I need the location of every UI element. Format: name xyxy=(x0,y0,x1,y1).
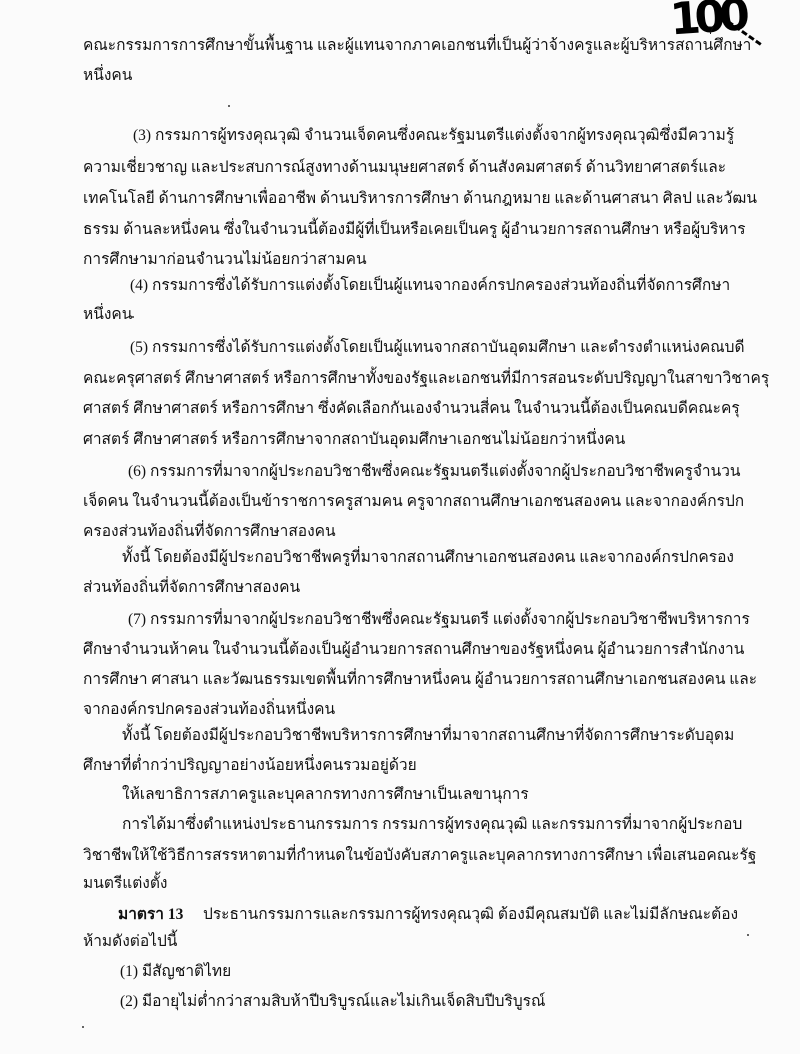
text-line: การศึกษามาก่อนจำนวนไม่น้อยกว่าสามคน xyxy=(83,250,713,270)
text-line: ส่วนท้องถิ่นที่จัดการศึกษาสองคน xyxy=(83,578,713,598)
text-line: เจ็ดคน ในจำนวนนี้ต้องเป็นข้าราชการครูสาม… xyxy=(83,492,713,512)
paragraph-6-start: (6) กรรมการที่มาจากผู้ประกอบวิชาชีพซึ่งค… xyxy=(128,462,713,482)
paragraph-proviso-2: ทั้งนี้ โดยต้องมีผู้ประกอบวิชาชีพบริหารก… xyxy=(122,726,713,746)
text-line: มนตรีแต่งตั้ง xyxy=(83,874,713,894)
paragraph-4-start: (4) กรรมการซึ่งได้รับการแต่งตั้งโดยเป็นผ… xyxy=(130,276,713,296)
scan-speck xyxy=(747,934,749,936)
scan-speck xyxy=(228,105,230,107)
document-page: 100 7 คณะกรรมการการศึกษาขั้นพื้นฐาน และผ… xyxy=(0,0,800,1054)
text-line: จากองค์กรปกครองส่วนท้องถิ่นหนึ่งคน xyxy=(83,700,713,720)
text-line: เทคโนโลยี ด้านการศึกษาเพื่ออาชีพ ด้านบริ… xyxy=(83,189,713,209)
text-line: ห้ามดังต่อไปนี้ xyxy=(83,932,713,952)
text-line: การศึกษา ศาสนา และวัฒนธรรมเขตพื้นที่การศ… xyxy=(83,670,713,690)
qualification-item-1: (1) มีสัญชาติไทย xyxy=(120,962,713,982)
text-line: ศาสตร์ ศึกษาศาสตร์ หรือการศึกษาจากสถาบัน… xyxy=(83,430,713,450)
paragraph-proviso-1: ทั้งนี้ โดยต้องมีผู้ประกอบวิชาชีพครูที่ม… xyxy=(122,548,713,568)
text-line: ศาสตร์ ศึกษาศาสตร์ หรือการศึกษา ซึ่งคัดเ… xyxy=(83,399,713,419)
section-13-text: ประธานกรรมการและกรรมการผู้ทรงคุณวุฒิ ต้อ… xyxy=(203,905,713,925)
scan-speck xyxy=(82,1026,84,1028)
scan-speck xyxy=(132,316,134,318)
section-number: มาตรา 13 xyxy=(118,906,183,923)
paragraph-5-start: (5) กรรมการซึ่งได้รับการแต่งตั้งโดยเป็นผ… xyxy=(130,338,713,358)
text-line: หนึ่งคน xyxy=(83,305,713,325)
section-heading: มาตรา 13 xyxy=(118,905,198,925)
text-line: ครองส่วนท้องถิ่นที่จัดการศึกษาสองคน xyxy=(83,522,713,542)
paragraph-secretary: ให้เลขาธิการสภาครูและบุคลากรทางการศึกษาเ… xyxy=(122,785,715,805)
text-line: ศึกษาจำนวนห้าคน ในจำนวนนี้ต้องเป็นผู้อำน… xyxy=(83,640,713,660)
qualification-item-2: (2) มีอายุไม่ต่ำกว่าสามสิบห้าปีบริบูรณ์แ… xyxy=(120,992,713,1012)
text-line: คณะครุศาสตร์ ศึกษาศาสตร์ หรือการศึกษาทั้… xyxy=(83,369,713,389)
text-line: วิชาชีพให้ใช้วิธีการสรรหาตามที่กำหนดในข้… xyxy=(83,846,713,866)
text-line: คณะกรรมการการศึกษาขั้นพื้นฐาน และผู้แทนจ… xyxy=(83,36,713,56)
paragraph-7-start: (7) กรรมการที่มาจากผู้ประกอบวิชาชีพซึ่งค… xyxy=(128,610,713,630)
text-line: ธรรม ด้านละหนึ่งคน ซึ่งในจำนวนนี้ต้องมีผ… xyxy=(83,220,713,240)
text-line: ความเชี่ยวชาญ และประสบการณ์สูงทางด้านมนุ… xyxy=(83,158,713,178)
text-line: ศึกษาที่ต่ำกว่าปริญญาอย่างน้อยหนึ่งคนรวม… xyxy=(83,756,713,776)
text-line: หนึ่งคน xyxy=(83,66,713,86)
paragraph-3-start: (3) กรรมการผู้ทรงคุณวุฒิ จำนวนเจ็ดคนซึ่ง… xyxy=(133,126,713,146)
paragraph-selection: การได้มาซึ่งตำแหน่งประธานกรรมการ กรรมการ… xyxy=(122,815,713,835)
